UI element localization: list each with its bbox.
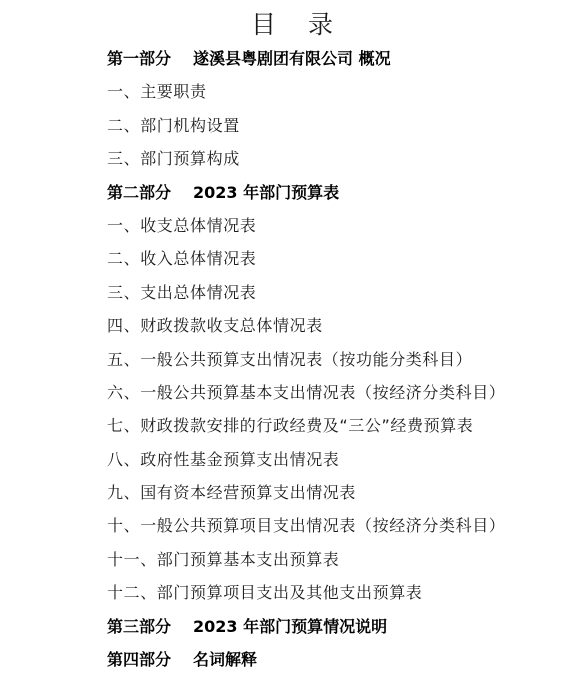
toc-item[interactable]: 五、一般公共预算支出情况表（按功能分类科目） bbox=[107, 343, 505, 376]
part-label: 第四部分 bbox=[107, 650, 171, 669]
part-label: 第三部分 bbox=[107, 617, 171, 636]
part-title: 2023 年部门预算情况说明 bbox=[193, 617, 387, 636]
toc-part-3[interactable]: 第三部分2023 年部门预算情况说明 bbox=[107, 610, 505, 643]
part-title: 名词解释 bbox=[193, 650, 257, 669]
toc-part-2[interactable]: 第二部分2023 年部门预算表 bbox=[107, 176, 505, 209]
toc-item[interactable]: 二、部门机构设置 bbox=[107, 109, 505, 142]
part-title: 2023 年部门预算表 bbox=[193, 183, 339, 202]
toc-part-1[interactable]: 第一部分遂溪县粤剧团有限公司 概况 bbox=[107, 42, 505, 75]
toc-item[interactable]: 八、政府性基金预算支出情况表 bbox=[107, 443, 505, 476]
part-label: 第一部分 bbox=[107, 49, 171, 68]
toc-item[interactable]: 三、支出总体情况表 bbox=[107, 276, 505, 309]
page-title: 目 录 bbox=[0, 8, 584, 42]
toc-item[interactable]: 六、一般公共预算基本支出情况表（按经济分类科目） bbox=[107, 376, 505, 409]
toc-item[interactable]: 四、财政拨款收支总体情况表 bbox=[107, 309, 505, 342]
table-of-contents: 第一部分遂溪县粤剧团有限公司 概况 一、主要职责 二、部门机构设置 三、部门预算… bbox=[107, 42, 505, 676]
toc-item[interactable]: 十一、部门预算基本支出预算表 bbox=[107, 543, 505, 576]
toc-part-4[interactable]: 第四部分名词解释 bbox=[107, 643, 505, 676]
toc-item[interactable]: 七、财政拨款安排的行政经费及“三公”经费预算表 bbox=[107, 409, 505, 442]
toc-item[interactable]: 十二、部门预算项目支出及其他支出预算表 bbox=[107, 576, 505, 609]
toc-item[interactable]: 二、收入总体情况表 bbox=[107, 242, 505, 275]
toc-item[interactable]: 一、收支总体情况表 bbox=[107, 209, 505, 242]
toc-item[interactable]: 九、国有资本经营预算支出情况表 bbox=[107, 476, 505, 509]
part-title: 遂溪县粤剧团有限公司 概况 bbox=[193, 49, 391, 68]
toc-item[interactable]: 十、一般公共预算项目支出情况表（按经济分类科目） bbox=[107, 509, 505, 542]
part-label: 第二部分 bbox=[107, 183, 171, 202]
toc-item[interactable]: 一、主要职责 bbox=[107, 75, 505, 108]
toc-item[interactable]: 三、部门预算构成 bbox=[107, 142, 505, 175]
